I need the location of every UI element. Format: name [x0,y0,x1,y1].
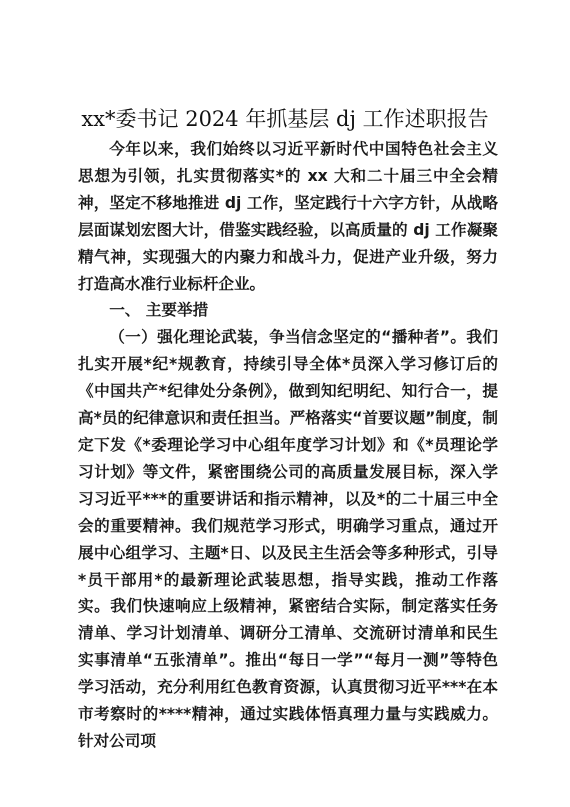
subsection-paragraph-theory: （一）强化理论武装，争当信念坚定的“播种者”。我们扎实开展*纪*规教育，持续引导… [78,324,498,755]
intro-paragraph: 今年以来，我们始终以习近平新时代中国特色社会主义思想为引领，扎实贯彻落实*的 x… [78,136,498,297]
document-body: 今年以来，我们始终以习近平新时代中国特色社会主义思想为引领，扎实贯彻落实*的 x… [78,136,498,755]
document-page: xx*委书记 2024 年抓基层 dj 工作述职报告 今年以来，我们始终以习近平… [0,0,570,807]
document-title: xx*委书记 2024 年抓基层 dj 工作述职报告 [0,104,570,134]
section-heading-main-measures: 一、 主要举措 [78,297,498,324]
